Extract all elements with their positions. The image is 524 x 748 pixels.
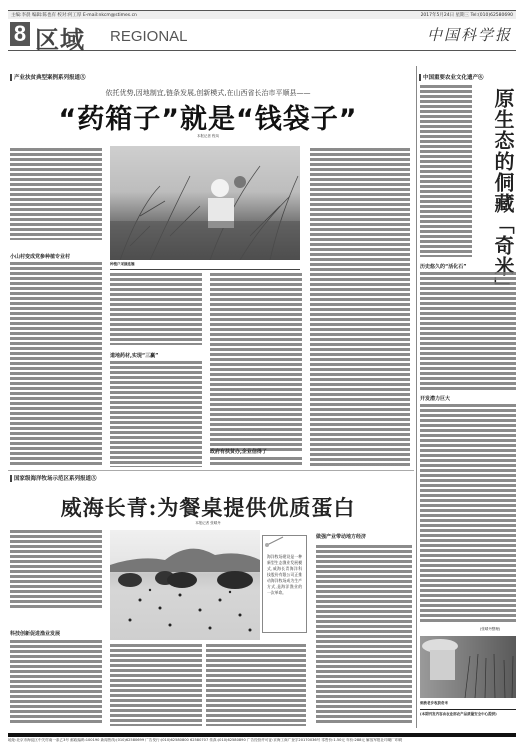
- seaside-ranch-image: [110, 530, 260, 640]
- story2-column-1: [10, 530, 102, 610]
- sidebar-author: (张晴丹整理): [480, 627, 500, 632]
- article-text: [10, 148, 102, 240]
- article-text: [316, 545, 412, 725]
- story1-photo: [110, 146, 300, 260]
- sidebar-title: 原生态的侗藏「奇米」: [474, 88, 514, 298]
- story1-subtitle-3: 政府有扶贫办,企业信得了: [210, 448, 267, 455]
- article-text: [110, 273, 202, 345]
- story2-column-3: [206, 644, 306, 726]
- story1-photo-caption: 种植户采摘连翘: [110, 262, 135, 267]
- story1-column-1: [10, 148, 102, 240]
- sidebar-column-2: [420, 272, 516, 392]
- article-text: [110, 644, 202, 726]
- story2-headline: 威海长青:为餐桌提供优质蛋白: [0, 492, 416, 522]
- forsythia-harvest-image: [110, 146, 300, 260]
- masthead: 8 区域 REGIONAL 中国科学报: [8, 19, 516, 51]
- article-text: [206, 644, 306, 726]
- sidebar-kicker: 中国重要农业文化遗产⑥: [419, 73, 484, 81]
- rice-harvest-image: [420, 636, 516, 698]
- story1-column-2b: [110, 361, 202, 467]
- story2-column-1b: [10, 640, 102, 725]
- sidebar-photo: [420, 636, 516, 698]
- page-number: 8: [10, 22, 30, 46]
- header-info-bar: 主编:李晨 编辑:陈也有 校对:何工厚 E-mail:nkcm@stimes.c…: [8, 10, 516, 19]
- story2-subtitle-2: 做强产业带动地方经济: [316, 533, 366, 540]
- article-text: [10, 262, 102, 467]
- article-text: [110, 361, 202, 467]
- story1-column-4: [310, 148, 410, 466]
- callout-pointer-icon: [265, 535, 285, 547]
- story1-byline: 本报记者 程凤: [0, 134, 416, 139]
- story2-column-4: [316, 545, 412, 725]
- sidebar-column-1: [420, 85, 472, 257]
- section-title-en: REGIONAL: [110, 28, 188, 45]
- sidebar-photo-caption: 侗族老乡收获奇米: [420, 701, 448, 706]
- article-text: [310, 148, 410, 466]
- kicker-bar-icon: [10, 475, 12, 482]
- newspaper-logo: 中国科学报: [427, 24, 512, 45]
- story1-column-3b: [210, 457, 302, 467]
- story1-headline: “药箱子”就是“钱袋子”: [0, 97, 416, 136]
- article-text: [10, 640, 102, 725]
- issue-date: 2017年5月24日 星期三 Tel:(010)62580690: [421, 12, 513, 18]
- footer-info: 地址:北京市海淀区中关村南一条乙3号 邮政编码:100190 新闻热线:(010…: [8, 738, 516, 743]
- story2-subtitle-1: 科技创新促进渔业发展: [10, 630, 60, 637]
- callout-text: 海洋牧场建设是一种新型生态渔业发展模式,威海长青海洋科技股份有限公司正推动海洋牧…: [267, 554, 302, 596]
- story-divider: [8, 470, 414, 471]
- photo-divider: [110, 269, 300, 270]
- article-text: [210, 457, 302, 467]
- article-text: [10, 530, 102, 610]
- kicker-bar-icon: [10, 74, 12, 81]
- story2-kicker: 国家级海洋牧场示范区系列报道⑤: [10, 474, 97, 482]
- article-text: [420, 85, 472, 257]
- story2-column-2: [110, 644, 202, 726]
- editors-credits: 主编:李晨 编辑:陈也有 校对:何工厚 E-mail:nkcm@stimes.c…: [11, 12, 137, 18]
- story1-kicker: 产业扶贫典型案例系列报道⑤: [10, 73, 86, 81]
- sidebar-divider: [420, 709, 516, 710]
- sidebar-subtitle-2: 开发潜力巨大: [420, 395, 450, 402]
- kicker-bar-icon: [419, 74, 421, 81]
- story1-subtitle-1: 小山村变成党参种植专业村: [10, 253, 70, 260]
- section-title-cn: 区域: [35, 20, 85, 55]
- article-text: [210, 273, 302, 453]
- article-text: [420, 272, 516, 392]
- story1-column-1b: [10, 262, 102, 467]
- story2-byline: 本报记者 张晴丹: [0, 521, 416, 526]
- story2-photo: [110, 530, 260, 640]
- sidebar-editor-note: (本期刊发内容由农业部农产品质量安全中心提供): [420, 712, 516, 717]
- story1-subtitle-2: 道地药材,实现“三赢”: [110, 352, 158, 359]
- sidebar-column-3: [420, 404, 516, 624]
- column-divider: [416, 66, 417, 728]
- sidebar-subtitle-1: 历史悠久的“活化石”: [420, 263, 467, 270]
- article-text: [420, 404, 516, 624]
- footer-rule: [8, 733, 516, 737]
- story1-column-3: [210, 273, 302, 453]
- story2-callout: 海洋牧场建设是一种新型生态渔业发展模式,威海长青海洋科技股份有限公司正推动海洋牧…: [262, 535, 307, 633]
